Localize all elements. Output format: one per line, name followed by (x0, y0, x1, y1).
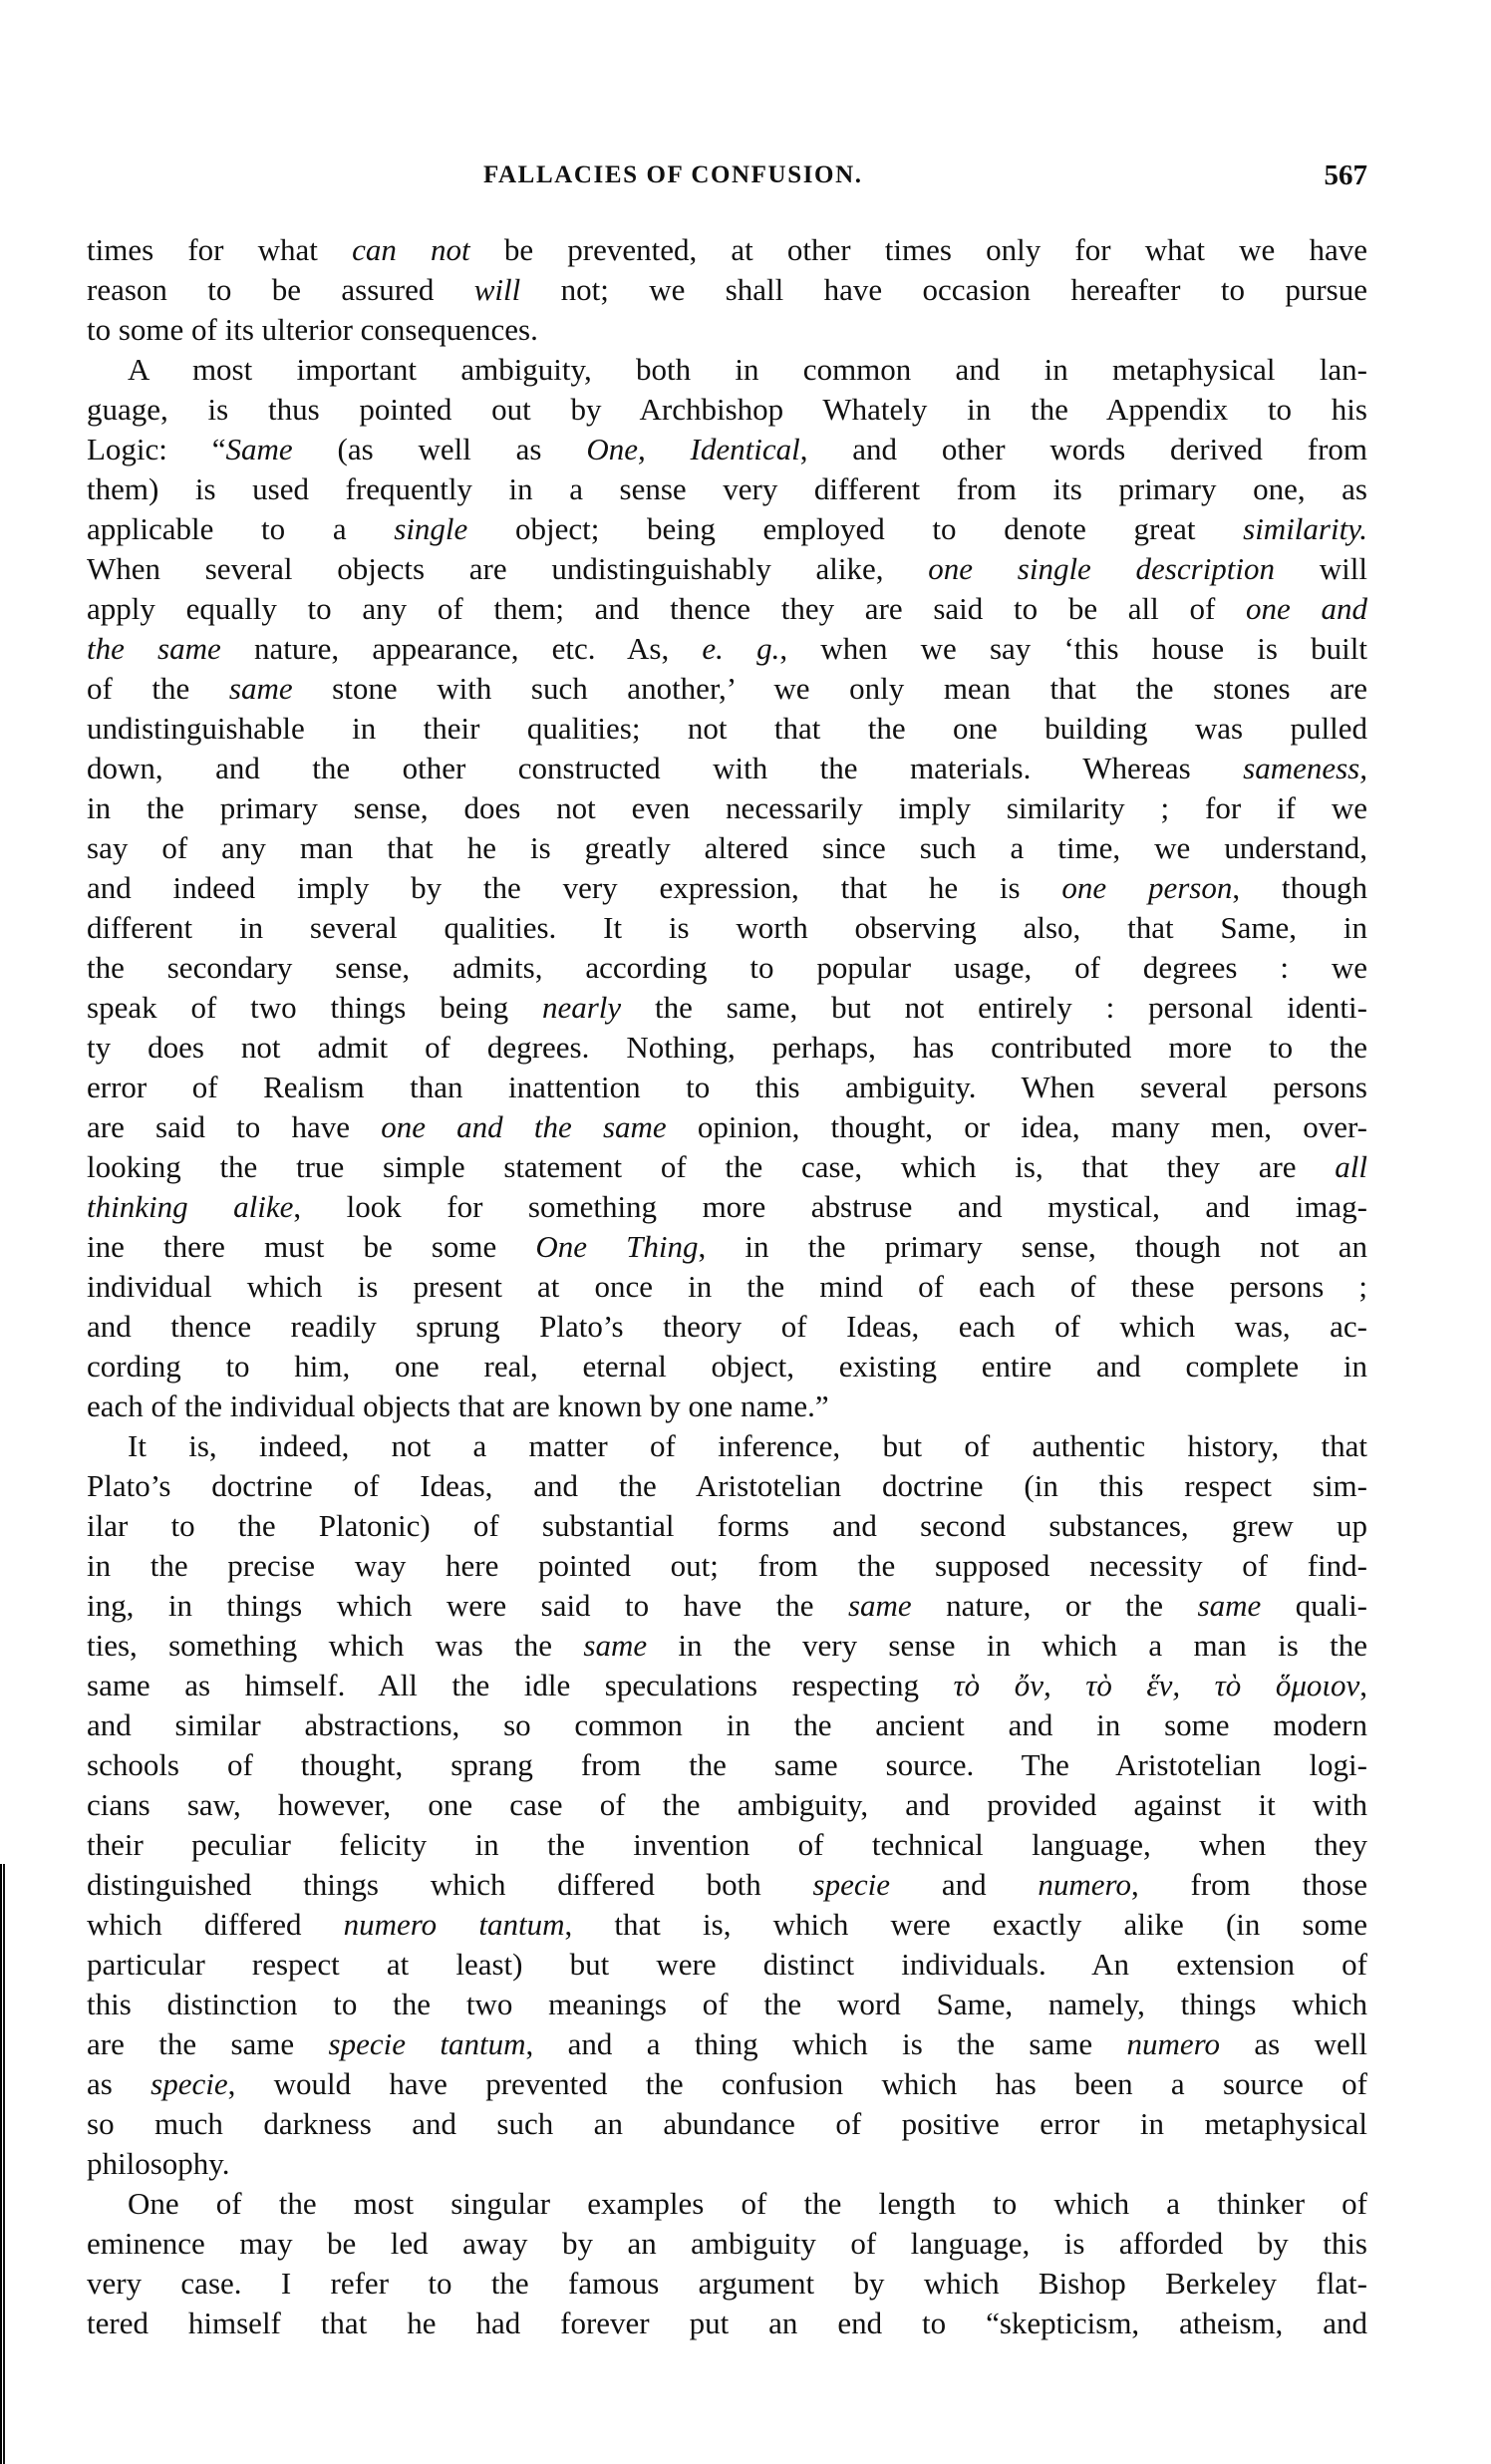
italic-text: sameness, (1243, 751, 1367, 785)
text-line: so much darkness and such an abundance o… (87, 2104, 1367, 2144)
text-line: say of any man that he is greatly altere… (87, 828, 1367, 868)
running-head: FALLACIES OF CONFUSION. 567 (87, 159, 1367, 191)
italic-text: same (1198, 1588, 1262, 1623)
text-line: error of Realism than inattention to thi… (87, 1068, 1367, 1107)
text-run: , that is, which were exactly alike (in … (564, 1907, 1367, 1942)
page-number: 567 (1325, 159, 1368, 191)
text-run: as well (1220, 2026, 1367, 2061)
text-run: One of the most singular examples of the… (128, 2186, 1367, 2221)
text-run: looking the true simple statement of the… (87, 1149, 1335, 1184)
text-line: very case. I refer to the famous argumen… (87, 2264, 1367, 2304)
text-run: , and other words derived from (800, 432, 1367, 466)
text-run: which differed (87, 1907, 344, 1942)
text-run: schools of thought, sprang from the same… (87, 1747, 1367, 1782)
italic-text: One, Identical (586, 432, 799, 466)
text-run: say of any man that he is greatly altere… (87, 830, 1367, 865)
text-line: cording to him, one real, eternal object… (87, 1347, 1367, 1386)
text-line: looking the true simple statement of the… (87, 1147, 1367, 1187)
text-run: When several objects are undistinguishab… (87, 551, 928, 586)
italic-text: one and the same (381, 1109, 666, 1144)
text-line: ty does not admit of degrees. Nothing, p… (87, 1028, 1367, 1068)
text-run: ine there must be some (87, 1229, 535, 1264)
text-line: of the same stone with such another,’ we… (87, 669, 1367, 709)
text-run: the secondary sense, admits, according t… (87, 950, 1367, 985)
text-run: them) is used frequently in a sense very… (87, 471, 1367, 506)
text-run: and indeed imply by the very expression,… (87, 870, 1061, 905)
text-run: in the very sense in which a man is the (647, 1628, 1367, 1663)
text-line: thinking alike, look for something more … (87, 1187, 1367, 1227)
text-run: their peculiar felicity in the invention… (87, 1827, 1367, 1862)
text-run: , though (1232, 870, 1367, 905)
text-line: same as himself. All the idle speculatio… (87, 1666, 1367, 1705)
italic-text: numero tantum (344, 1907, 565, 1942)
text-run: are the same (87, 2026, 329, 2061)
text-line: cians saw, however, one case of the ambi… (87, 1785, 1367, 1825)
text-run: eminence may be led away by an ambiguity… (87, 2226, 1367, 2261)
text-run: Logic: “ (87, 432, 226, 466)
text-line: in the primary sense, does not even nece… (87, 788, 1367, 828)
text-run: of the (87, 671, 229, 706)
italic-text: the same (87, 631, 221, 666)
text-run: tered himself that he had forever put an… (87, 2306, 1367, 2340)
text-run: ilar to the Platonic) of substantial for… (87, 1508, 1367, 1543)
text-run: in the primary sense, does not even nece… (87, 790, 1367, 825)
text-line: in the precise way here pointed out; fro… (87, 1546, 1367, 1586)
text-line: schools of thought, sprang from the same… (87, 1745, 1367, 1785)
italic-text: e. g. (702, 631, 779, 666)
text-run: and (890, 1867, 1038, 1902)
text-run: reason to be assured (87, 272, 474, 307)
scan-edge-artifact (0, 1864, 5, 2464)
text-line: One of the most singular examples of the… (87, 2184, 1367, 2224)
italic-text: can not (352, 232, 470, 267)
text-run: guage, is thus pointed out by Archbishop… (87, 392, 1367, 427)
text-run: each of the individual objects that are … (87, 1388, 829, 1423)
text-run: so much darkness and such an abundance o… (87, 2106, 1367, 2141)
running-title: FALLACIES OF CONFUSION. (483, 159, 972, 191)
text-run: object; being employed to denote great (467, 511, 1243, 546)
text-line: ties, something which was the same in th… (87, 1626, 1367, 1666)
text-run: same as himself. All the idle speculatio… (87, 1668, 954, 1702)
text-run: apply equally to any of them; and thence… (87, 591, 1246, 626)
text-line: their peculiar felicity in the invention… (87, 1825, 1367, 1865)
italic-text: one and (1246, 591, 1367, 626)
text-run: not; we shall have occasion hereafter to… (520, 272, 1367, 307)
italic-text: nearly (542, 990, 621, 1025)
italic-text: numero (1126, 2026, 1220, 2061)
text-run: error of Realism than inattention to thi… (87, 1070, 1367, 1104)
text-run: , look for something more abstruse and m… (293, 1189, 1367, 1224)
body-text: times for what can not be prevented, at … (87, 230, 1367, 2343)
italic-text: same (229, 671, 293, 706)
text-line: the secondary sense, admits, according t… (87, 948, 1367, 988)
text-line: them) is used frequently in a sense very… (87, 469, 1367, 509)
text-run: , (1359, 1668, 1367, 1702)
italic-text: specie (150, 2066, 227, 2101)
text-line: are said to have one and the same opinio… (87, 1107, 1367, 1147)
italic-text: τὸ ὄν, τὸ ἕν, τὸ ὅμοιον (954, 1668, 1360, 1702)
text-line: down, and the other constructed with the… (87, 749, 1367, 788)
text-line: different in several qualities. It is wo… (87, 908, 1367, 948)
italic-text: same (583, 1628, 647, 1663)
text-line: which differed numero tantum, that is, w… (87, 1905, 1367, 1945)
text-run: ties, something which was the (87, 1628, 583, 1663)
text-run: individual which is present at once in t… (87, 1269, 1367, 1304)
text-line: particular respect at least) but were di… (87, 1945, 1367, 1985)
text-line: Plato’s doctrine of Ideas, and the Arist… (87, 1466, 1367, 1506)
text-line: philosophy. (87, 2144, 1367, 2184)
text-line: eminence may be led away by an ambiguity… (87, 2224, 1367, 2264)
text-run: opinion, thought, or idea, many men, ove… (667, 1109, 1367, 1144)
text-run: this distinction to the two meanings of … (87, 1987, 1367, 2021)
text-run: to some of its ulterior consequences. (87, 312, 538, 347)
text-run: and thence readily sprung Plato’s theory… (87, 1309, 1367, 1344)
text-run: speak of two things being (87, 990, 542, 1025)
text-run: It is, indeed, not a matter of inference… (128, 1428, 1367, 1463)
text-run: particular respect at least) but were di… (87, 1947, 1367, 1982)
text-line: ilar to the Platonic) of substantial for… (87, 1506, 1367, 1546)
text-run: undistinguishable in their qualities; no… (87, 711, 1367, 746)
italic-text: numero (1038, 1867, 1131, 1902)
text-run: the same, but not entirely : personal id… (621, 990, 1367, 1025)
text-run: ing, in things which were said to have t… (87, 1588, 848, 1623)
italic-text: single (394, 511, 467, 546)
italic-text: one single description (928, 551, 1275, 586)
text-run: applicable to a (87, 511, 394, 546)
italic-text: same (848, 1588, 912, 1623)
text-line: reason to be assured will not; we shall … (87, 270, 1367, 310)
text-run: nature, appearance, etc. As, (221, 631, 703, 666)
text-run: ty does not admit of degrees. Nothing, p… (87, 1030, 1367, 1065)
text-run: , in the primary sense, though not an (699, 1229, 1368, 1264)
text-line: this distinction to the two meanings of … (87, 1985, 1367, 2024)
italic-text: will (474, 272, 521, 307)
text-run: , when we say ‘this house is built (779, 631, 1367, 666)
text-line: It is, indeed, not a matter of inference… (87, 1426, 1367, 1466)
text-run: different in several qualities. It is wo… (87, 910, 1367, 945)
italic-text: similarity. (1243, 511, 1367, 546)
text-run: philosophy. (87, 2146, 230, 2181)
text-run: in the precise way here pointed out; fro… (87, 1548, 1367, 1583)
text-run: and similar abstractions, so common in t… (87, 1707, 1367, 1742)
text-run: down, and the other constructed with the… (87, 751, 1243, 785)
text-run: very case. I refer to the famous argumen… (87, 2266, 1367, 2301)
text-run: , would have prevented the confusion whi… (228, 2066, 1367, 2101)
text-run: as (87, 2066, 150, 2101)
text-run: be prevented, at other times only for wh… (470, 232, 1367, 267)
text-line: guage, is thus pointed out by Archbishop… (87, 390, 1367, 430)
italic-text: specie (813, 1867, 890, 1902)
text-line: times for what can not be prevented, at … (87, 230, 1367, 270)
text-line: the same nature, appearance, etc. As, e.… (87, 629, 1367, 669)
text-run: cording to him, one real, eternal object… (87, 1349, 1367, 1384)
text-line: and thence readily sprung Plato’s theory… (87, 1307, 1367, 1347)
italic-text: Same (226, 432, 293, 466)
text-run: will (1275, 551, 1367, 586)
italic-text: all (1335, 1149, 1367, 1184)
text-run: stone with such another,’ we only mean t… (293, 671, 1367, 706)
text-run: , and a thing which is the same (525, 2026, 1126, 2061)
text-line: tered himself that he had forever put an… (87, 2304, 1367, 2343)
text-line: ing, in things which were said to have t… (87, 1586, 1367, 1626)
italic-text: One Thing (535, 1229, 698, 1264)
text-line: and similar abstractions, so common in t… (87, 1705, 1367, 1745)
text-line: each of the individual objects that are … (87, 1386, 1367, 1426)
text-run: cians saw, however, one case of the ambi… (87, 1787, 1367, 1822)
text-line: are the same specie tantum, and a thing … (87, 2024, 1367, 2064)
text-run: (as well as (293, 432, 587, 466)
text-run: nature, or the (912, 1588, 1198, 1623)
text-line: apply equally to any of them; and thence… (87, 589, 1367, 629)
text-line: When several objects are undistinguishab… (87, 549, 1367, 589)
text-run: distinguished things which differed both (87, 1867, 813, 1902)
italic-text: specie tantum (329, 2026, 526, 2061)
text-line: to some of its ulterior consequences. (87, 310, 1367, 350)
text-line: and indeed imply by the very expression,… (87, 868, 1367, 908)
text-line: A most important ambiguity, both in comm… (87, 350, 1367, 390)
text-run: times for what (87, 232, 352, 267)
text-line: individual which is present at once in t… (87, 1267, 1367, 1307)
text-run: A most important ambiguity, both in comm… (128, 352, 1367, 387)
text-line: speak of two things being nearly the sam… (87, 988, 1367, 1028)
italic-text: thinking alike (87, 1189, 293, 1224)
text-run: quali- (1261, 1588, 1367, 1623)
text-line: applicable to a single object; being emp… (87, 509, 1367, 549)
text-line: Logic: “Same (as well as One, Identical,… (87, 430, 1367, 469)
text-line: as specie, would have prevented the conf… (87, 2064, 1367, 2104)
text-run: , from those (1131, 1867, 1367, 1902)
text-line: undistinguishable in their qualities; no… (87, 709, 1367, 749)
italic-text: one person (1061, 870, 1232, 905)
text-line: ine there must be some One Thing, in the… (87, 1227, 1367, 1267)
text-run: are said to have (87, 1109, 381, 1144)
text-run: Plato’s doctrine of Ideas, and the Arist… (87, 1468, 1367, 1503)
book-page: FALLACIES OF CONFUSION. 567 times for wh… (0, 0, 1491, 2464)
text-line: distinguished things which differed both… (87, 1865, 1367, 1905)
